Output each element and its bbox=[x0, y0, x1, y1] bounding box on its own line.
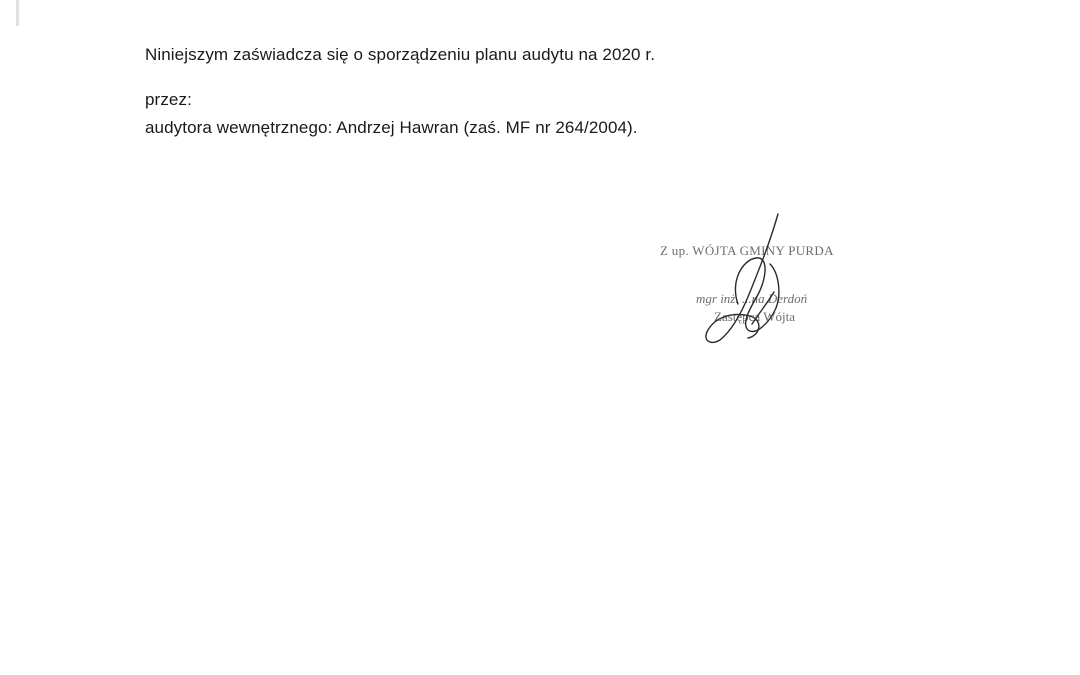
signature-icon bbox=[690, 212, 810, 352]
auditor-text: audytora wewnętrznego: Andrzej Hawran (z… bbox=[145, 118, 638, 138]
certification-text: Niniejszym zaświadcza się o sporządzeniu… bbox=[145, 45, 655, 65]
scan-artifact bbox=[16, 0, 19, 26]
by-label: przez: bbox=[145, 90, 192, 110]
